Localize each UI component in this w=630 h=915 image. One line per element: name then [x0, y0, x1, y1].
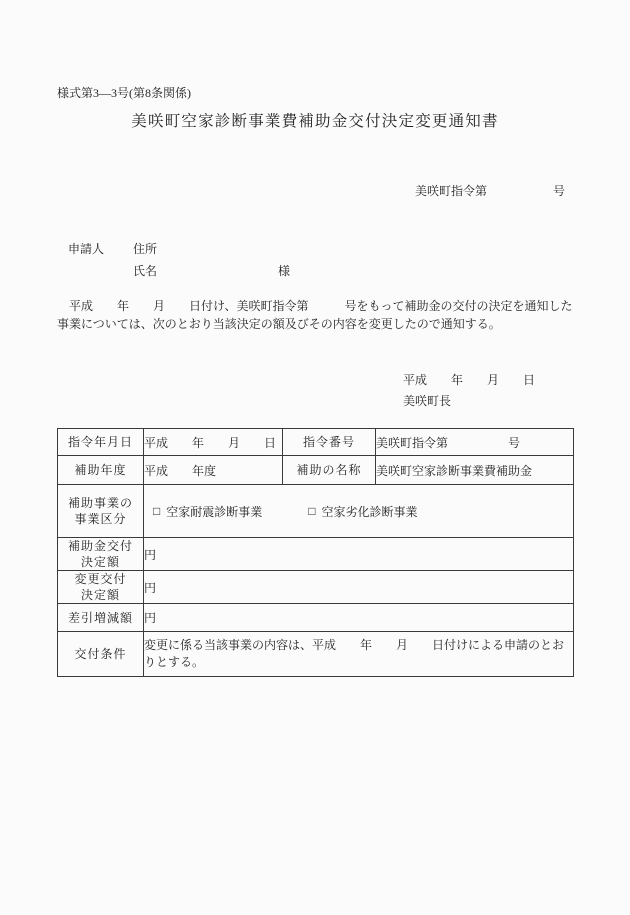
changed-decision-amount-unit: 円 — [144, 571, 574, 604]
table-row: 補助金交付 決定額 円 — [58, 538, 574, 571]
directive-number-suffix: 号 — [553, 182, 565, 199]
directive-date-value: 平成 年 月 日 — [144, 429, 283, 456]
body-paragraph-line-1: 平成 年 月 日付け、美咲町指令第 号をもって補助金の交付の決定を通知した — [57, 297, 573, 314]
applicant-address-label: 住所 — [133, 240, 157, 257]
form-number: 様式第3—3号(第8条関係) — [57, 84, 191, 101]
directive-no-label: 指令番号 — [283, 429, 376, 456]
checkbox-deterioration-diagnosis[interactable]: □ — [308, 505, 315, 517]
body-paragraph-line-2: 事業については、次のとおり当該決定の額及びその内容を変更したので通知する。 — [57, 315, 501, 332]
directive-number-prefix: 美咲町指令第 — [415, 182, 487, 199]
table-row: 指令年月日 平成 年 月 日 指令番号 美咲町指令第 号 — [58, 429, 574, 456]
applicant-label: 申請人 — [68, 240, 104, 257]
changed-decision-amount-label-line2: 決定額 — [58, 587, 143, 603]
checkbox-seismic-diagnosis[interactable]: □ — [153, 505, 160, 517]
directive-number-line: 美咲町指令第 号 — [415, 182, 565, 199]
document-page: 様式第3—3号(第8条関係) 美咲町空家診断事業費補助金交付決定変更通知書 美咲… — [0, 0, 630, 915]
subsidy-year-value: 平成 年度 — [144, 456, 283, 485]
subsidy-year-label: 補助年度 — [58, 456, 144, 485]
subsidy-name-value: 美咲町空家診断事業費補助金 — [376, 456, 574, 485]
project-category-label-line1: 補助事業の — [58, 495, 143, 511]
grant-conditions-text: 変更に係る当該事業の内容は、平成 年 月 日付けによる申請のとおりとする。 — [144, 632, 574, 677]
grant-decision-amount-label-line2: 決定額 — [58, 554, 143, 570]
table-row: 補助事業の 事業区分 □ 空家耐震診断事業 □ 空家劣化診断事業 — [58, 485, 574, 538]
table-row: 交付条件 変更に係る当該事業の内容は、平成 年 月 日付けによる申請のとおりとす… — [58, 632, 574, 677]
project-category-label-line2: 事業区分 — [58, 511, 143, 527]
difference-amount-unit: 円 — [144, 604, 574, 632]
applicant-name-label: 氏名 — [133, 262, 157, 279]
checkbox-deterioration-diagnosis-label: 空家劣化診断事業 — [322, 503, 418, 520]
difference-amount-label: 差引増減額 — [58, 604, 144, 632]
grant-decision-amount-label: 補助金交付 決定額 — [58, 538, 144, 571]
grant-conditions-label: 交付条件 — [58, 632, 144, 677]
table-row: 差引増減額 円 — [58, 604, 574, 632]
grant-change-table: 指令年月日 平成 年 月 日 指令番号 美咲町指令第 号 補助年度 平成 年度 … — [57, 428, 574, 677]
grant-decision-amount-label-line1: 補助金交付 — [58, 538, 143, 554]
project-category-options: □ 空家耐震診断事業 □ 空家劣化診断事業 — [144, 485, 574, 538]
changed-decision-amount-label: 変更交付 決定額 — [58, 571, 144, 604]
project-category-label: 補助事業の 事業区分 — [58, 485, 144, 538]
page-title: 美咲町空家診断事業費補助金交付決定変更通知書 — [0, 109, 630, 131]
directive-date-label: 指令年月日 — [58, 429, 144, 456]
table-row: 補助年度 平成 年度 補助の名称 美咲町空家診断事業費補助金 — [58, 456, 574, 485]
issue-date-line: 平成 年 月 日 — [403, 371, 535, 388]
checkbox-seismic-diagnosis-label: 空家耐震診断事業 — [166, 503, 262, 520]
applicant-honorific: 様 — [278, 262, 290, 279]
changed-decision-amount-label-line1: 変更交付 — [58, 571, 143, 587]
issuer-name: 美咲町長 — [403, 392, 451, 409]
directive-no-value: 美咲町指令第 号 — [376, 429, 574, 456]
grant-decision-amount-unit: 円 — [144, 538, 574, 571]
subsidy-name-label: 補助の名称 — [283, 456, 376, 485]
table-row: 変更交付 決定額 円 — [58, 571, 574, 604]
